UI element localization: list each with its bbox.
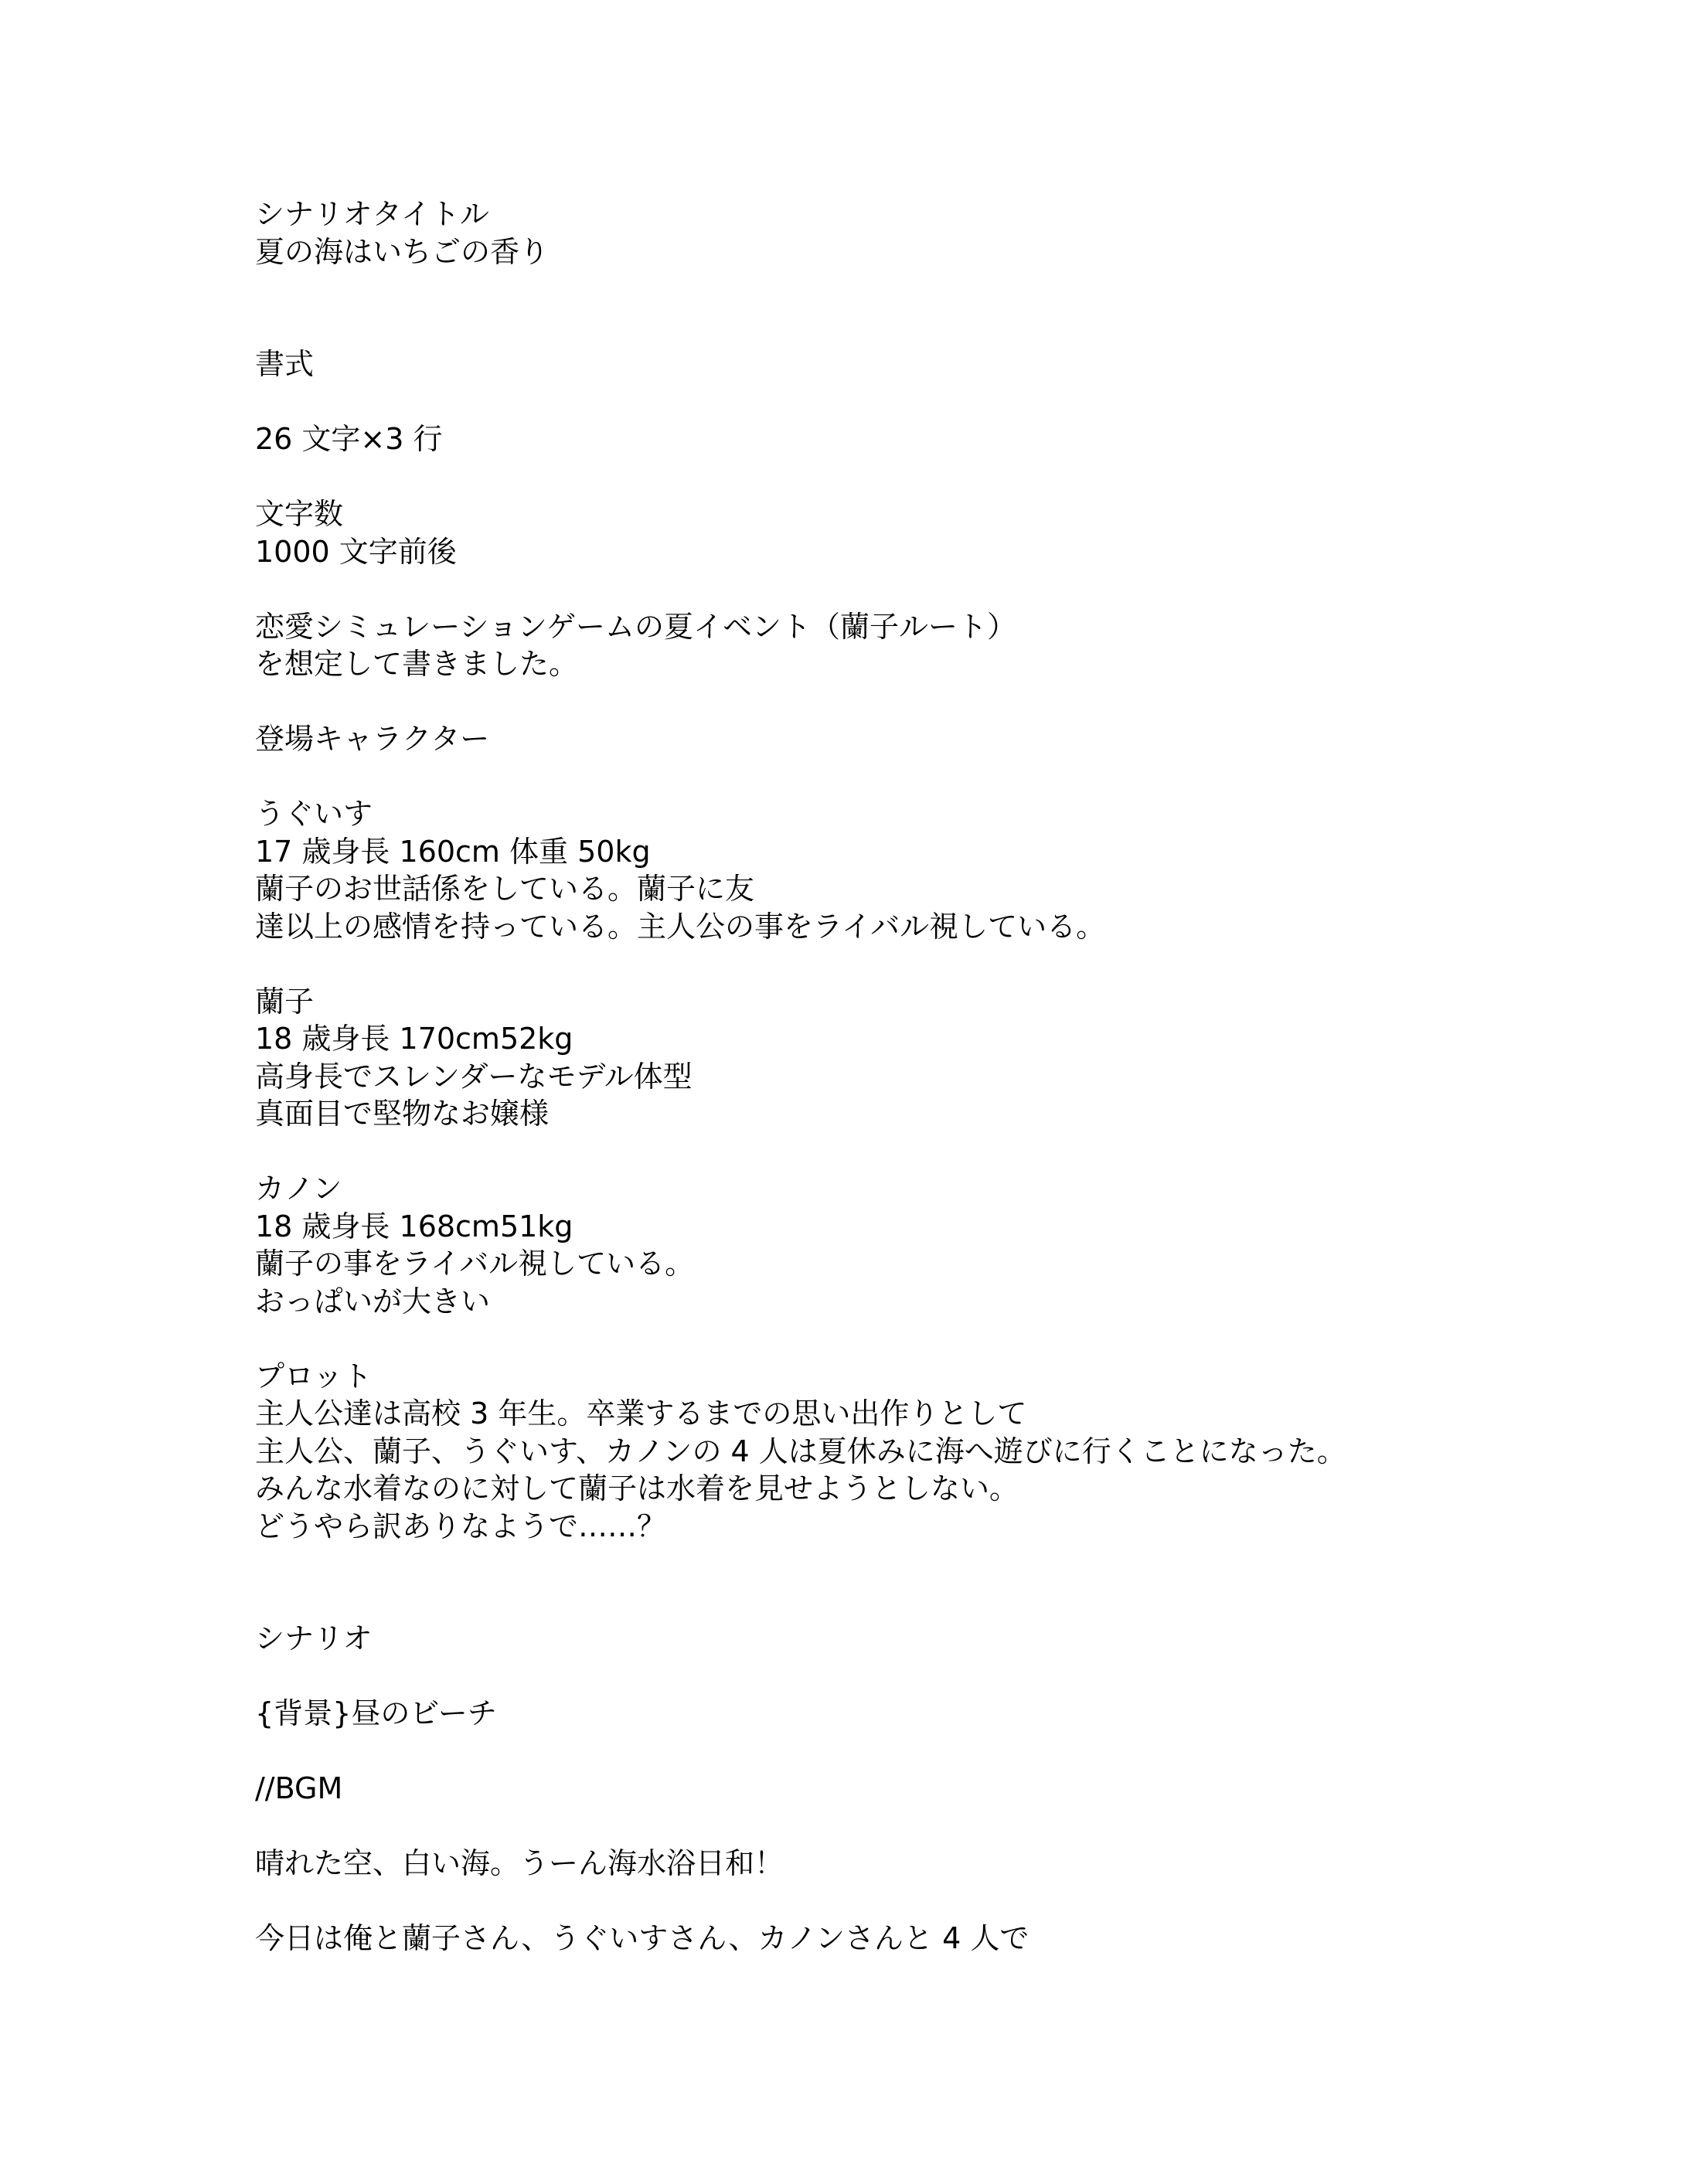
blank-line (255, 945, 1584, 983)
blank-line (255, 758, 1584, 796)
format-value: 26 文字×3 行 (255, 420, 1584, 458)
plot-heading: プロット (255, 1358, 1584, 1396)
blank-line (255, 1133, 1584, 1171)
blank-line (255, 458, 1584, 496)
character-ranko-desc-2: 真面目で堅物なお嬢様 (255, 1095, 1584, 1133)
blank-line (255, 1545, 1584, 1583)
blank-line (255, 1583, 1584, 1621)
char-count-value: 1000 文字前後 (255, 533, 1584, 571)
character-ranko-stats: 18 歳身長 170cm52kg (255, 1020, 1584, 1058)
format-heading: 書式 (255, 345, 1584, 383)
document-body: シナリオタイトル 夏の海はいちごの香り 書式 26 文字×3 行 文字数 100… (255, 196, 1584, 1958)
scenario-title-heading: シナリオタイトル (255, 196, 1584, 233)
narration-line-1: 晴れた空、白い海。うーん海水浴日和！ (255, 1845, 1584, 1883)
scenario-heading: シナリオ (255, 1620, 1584, 1658)
character-uguisu-name: うぐいす (255, 795, 1584, 833)
author-note-line-1: 恋愛シミュレーションゲームの夏イベント（蘭子ルート） (255, 608, 1584, 646)
plot-line-4: どうやら訳ありなようで……？ (255, 1508, 1584, 1546)
char-count-heading: 文字数 (255, 495, 1584, 533)
character-ranko-desc-1: 高身長でスレンダーなモデル体型 (255, 1058, 1584, 1096)
character-kanon-desc-2: おっぱいが大きい (255, 1283, 1584, 1321)
blank-line (255, 270, 1584, 308)
blank-line (255, 308, 1584, 346)
character-kanon-name: カノン (255, 1170, 1584, 1208)
character-uguisu-desc-2: 達以上の感情を持っている。主人公の事をライバル視している。 (255, 908, 1584, 946)
character-kanon-stats: 18 歳身長 168cm51kg (255, 1208, 1584, 1246)
blank-line (255, 1733, 1584, 1771)
plot-line-3: みんな水着なのに対して蘭子は水着を見せようとしない。 (255, 1470, 1584, 1508)
stage-direction-background: {背景}昼のビーチ (255, 1695, 1584, 1733)
bgm-comment: //BGM (255, 1770, 1584, 1808)
plot-line-1: 主人公達は高校 3 年生。卒業するまでの思い出作りとして (255, 1395, 1584, 1433)
plot-line-2: 主人公、蘭子、うぐいす、カノンの 4 人は夏休みに海へ遊びに行くことになった。 (255, 1433, 1584, 1471)
blank-line (255, 683, 1584, 721)
author-note-line-2: を想定して書きました。 (255, 645, 1584, 683)
characters-heading: 登場キャラクター (255, 720, 1584, 758)
blank-line (255, 1883, 1584, 1920)
blank-line (255, 1320, 1584, 1358)
narration-line-2: 今日は俺と蘭子さん、うぐいすさん、カノンさんと 4 人で (255, 1920, 1584, 1958)
character-kanon-desc-1: 蘭子の事をライバル視している。 (255, 1245, 1584, 1283)
character-ranko-name: 蘭子 (255, 983, 1584, 1021)
blank-line (255, 570, 1584, 608)
blank-line (255, 1658, 1584, 1696)
document-page: シナリオタイトル 夏の海はいちごの香り 書式 26 文字×3 行 文字数 100… (0, 0, 1688, 2184)
blank-line (255, 1808, 1584, 1846)
blank-line (255, 383, 1584, 421)
scenario-title: 夏の海はいちごの香り (255, 233, 1584, 271)
character-uguisu-desc-1: 蘭子のお世話係をしている。蘭子に友 (255, 870, 1584, 908)
character-uguisu-stats: 17 歳身長 160cm 体重 50kg (255, 833, 1584, 871)
